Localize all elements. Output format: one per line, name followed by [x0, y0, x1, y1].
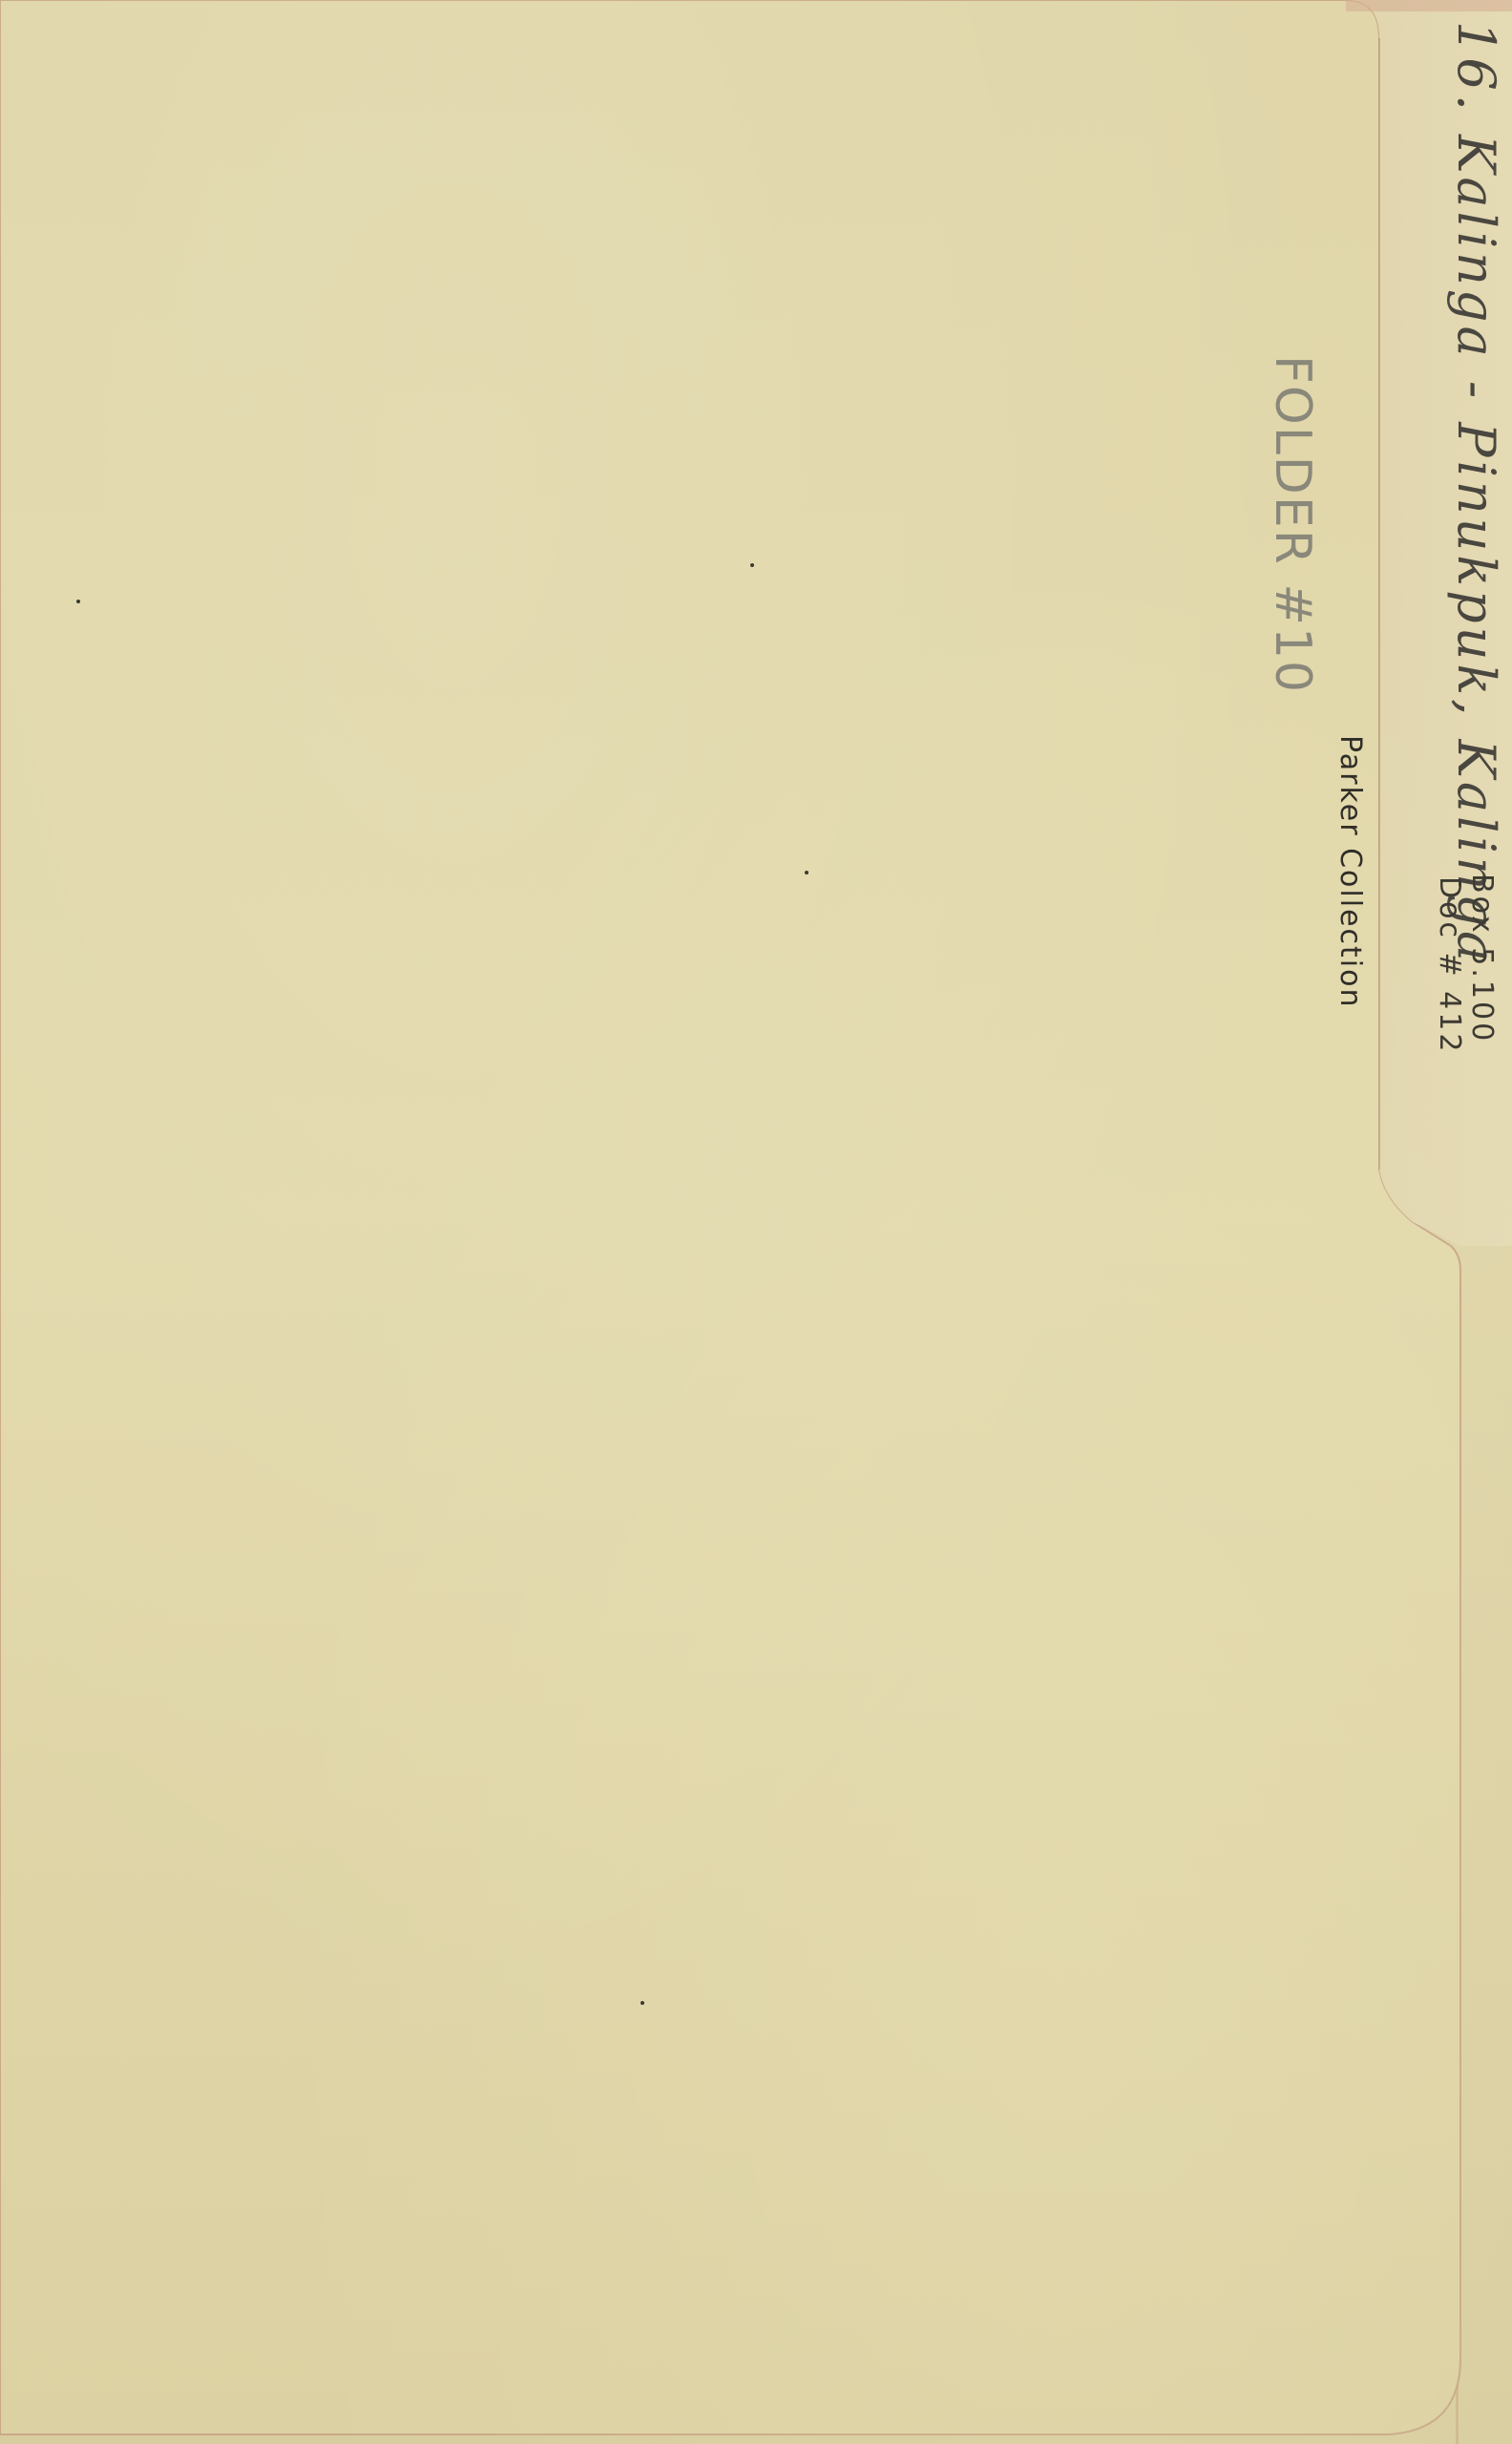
paper-speck	[76, 600, 80, 603]
folder-number-handwriting: FOLDER #10	[1264, 355, 1321, 694]
paper-speck	[750, 563, 754, 567]
paper-speck	[640, 2001, 644, 2005]
paper-speck	[805, 871, 808, 874]
collection-handwriting: Parker Collection	[1333, 735, 1367, 1008]
tab-label-handwriting: 16. Kalinga - Pinukpuk, Kalinga	[1446, 21, 1506, 965]
doc-number-handwriting: Doc # 412	[1433, 876, 1466, 1054]
box-number-handwriting: Box 5.100	[1465, 874, 1499, 1043]
